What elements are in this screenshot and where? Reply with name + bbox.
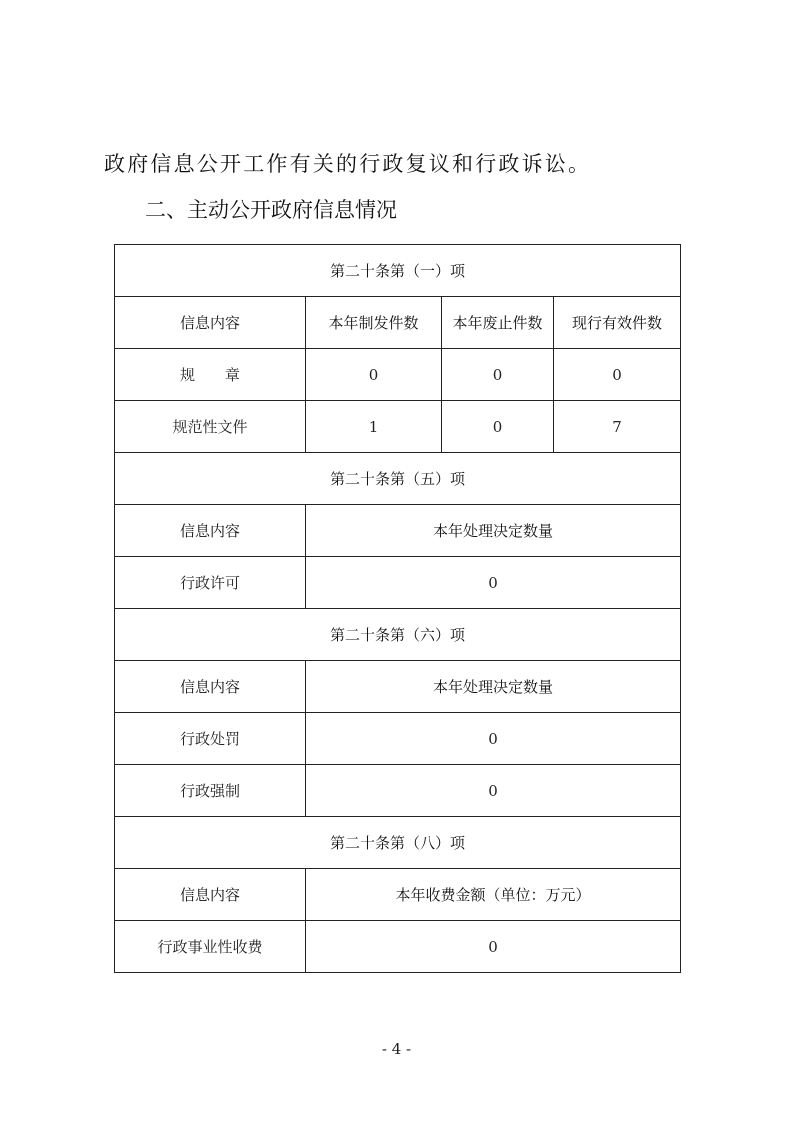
row-label: 行政事业性收费 [115, 921, 306, 973]
cell-value: 0 [306, 765, 681, 817]
section-row: 第二十条第（五）项 [115, 453, 681, 505]
header-row: 信息内容 本年处理决定数量 [115, 505, 681, 557]
cell-value: 0 [554, 349, 681, 401]
header-row: 信息内容 本年收费金额（单位：万元） [115, 869, 681, 921]
row-label: 规范性文件 [115, 401, 306, 453]
column-header: 信息内容 [115, 661, 306, 713]
table-row: 规范性文件 1 0 7 [115, 401, 681, 453]
section-title: 第二十条第（五）项 [115, 453, 681, 505]
column-header: 本年处理决定数量 [306, 661, 681, 713]
column-header: 现行有效件数 [554, 297, 681, 349]
section-title: 第二十条第（一）项 [115, 245, 681, 297]
section-row: 第二十条第（六）项 [115, 609, 681, 661]
table-row: 行政许可 0 [115, 557, 681, 609]
column-header: 信息内容 [115, 297, 306, 349]
row-label: 行政处罚 [115, 713, 306, 765]
cell-value: 0 [442, 349, 554, 401]
row-label: 规 章 [115, 349, 306, 401]
page-number: - 4 - [0, 1040, 793, 1058]
section-row: 第二十条第（八）项 [115, 817, 681, 869]
cell-value: 0 [306, 557, 681, 609]
paragraph-tail: 政府信息公开工作有关的行政复议和行政诉讼。 [104, 148, 591, 178]
column-header: 本年废止件数 [442, 297, 554, 349]
disclosure-table: 第二十条第（一）项 信息内容 本年制发件数 本年废止件数 现行有效件数 规 章 … [114, 244, 681, 973]
table-row: 行政事业性收费 0 [115, 921, 681, 973]
row-label: 行政强制 [115, 765, 306, 817]
table-row: 行政处罚 0 [115, 713, 681, 765]
header-row: 信息内容 本年处理决定数量 [115, 661, 681, 713]
section-row: 第二十条第（一）项 [115, 245, 681, 297]
column-header: 信息内容 [115, 505, 306, 557]
column-header: 本年制发件数 [306, 297, 442, 349]
header-row: 信息内容 本年制发件数 本年废止件数 现行有效件数 [115, 297, 681, 349]
cell-value: 0 [306, 349, 442, 401]
section-title: 第二十条第（八）项 [115, 817, 681, 869]
table-row: 规 章 0 0 0 [115, 349, 681, 401]
cell-value: 1 [306, 401, 442, 453]
cell-value: 0 [306, 713, 681, 765]
cell-value: 7 [554, 401, 681, 453]
column-header: 本年处理决定数量 [306, 505, 681, 557]
section-heading: 二、主动公开政府信息情况 [145, 194, 397, 224]
table-row: 行政强制 0 [115, 765, 681, 817]
column-header: 信息内容 [115, 869, 306, 921]
section-title: 第二十条第（六）项 [115, 609, 681, 661]
cell-value: 0 [306, 921, 681, 973]
cell-value: 0 [442, 401, 554, 453]
column-header: 本年收费金额（单位：万元） [306, 869, 681, 921]
row-label: 行政许可 [115, 557, 306, 609]
